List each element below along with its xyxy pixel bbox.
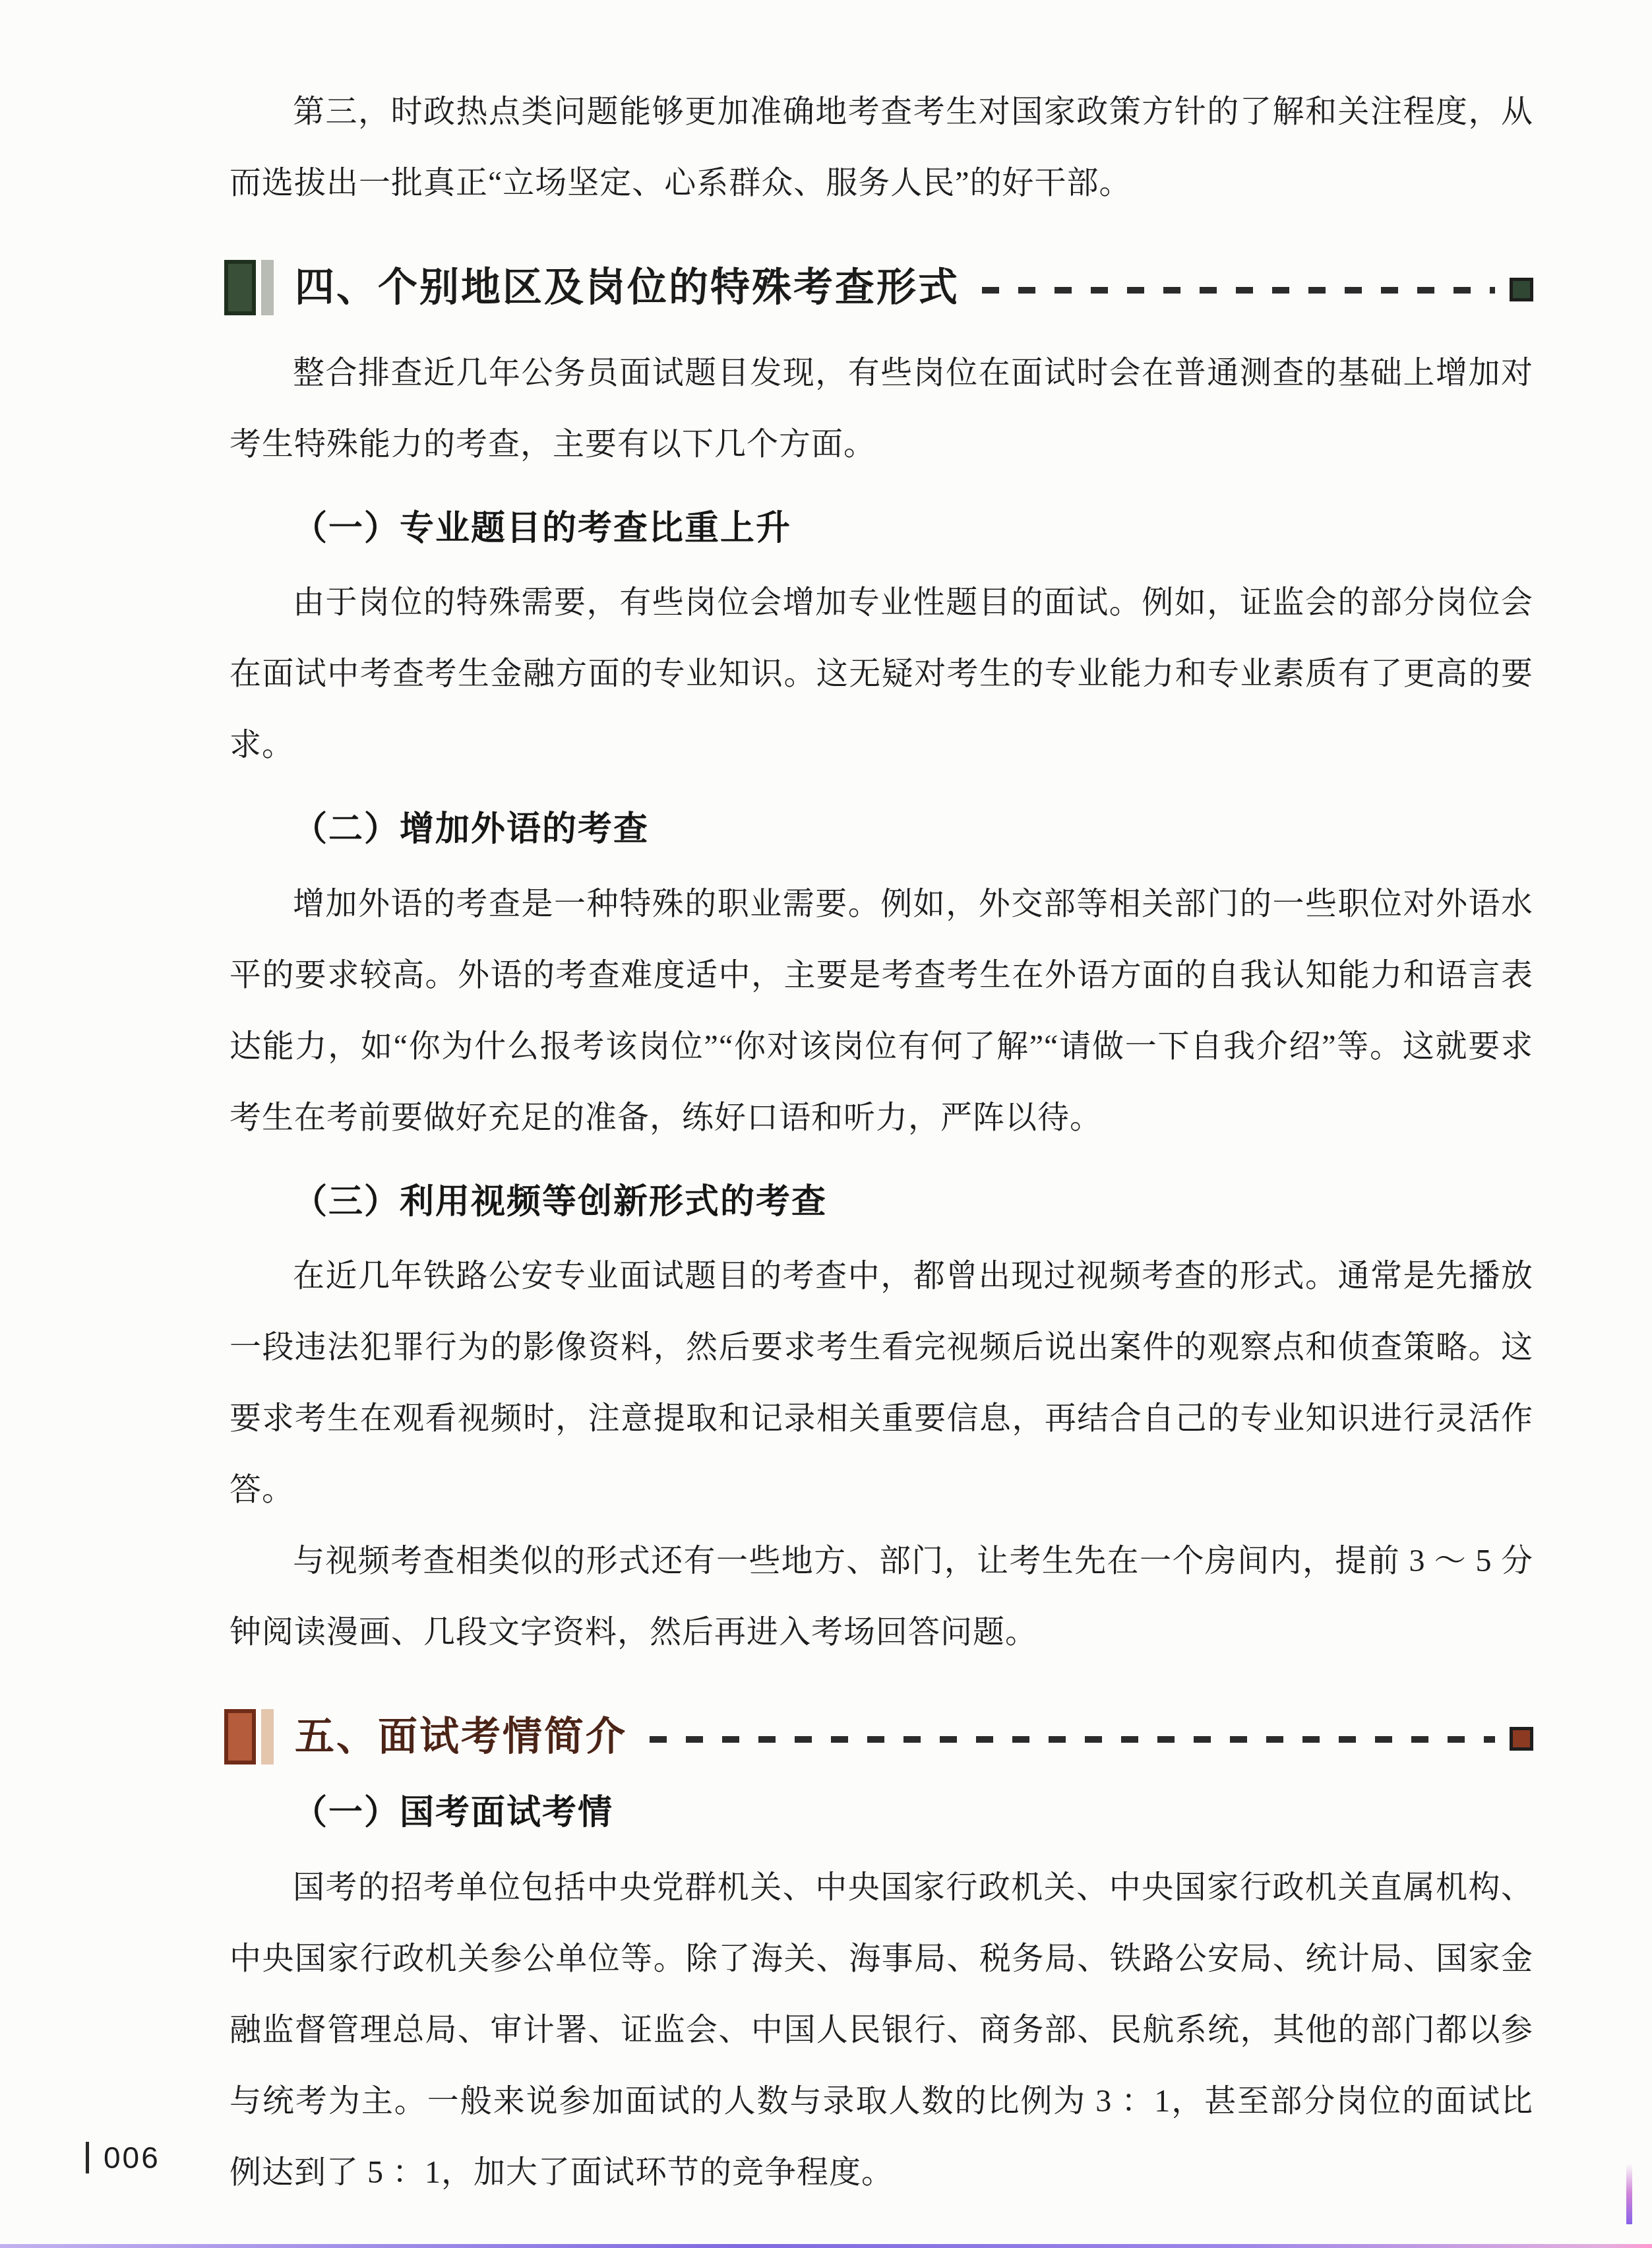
section5-title: 五、面试考情简介	[295, 1717, 627, 1757]
section4-dash-end-square-icon	[1510, 278, 1533, 301]
intro-paragraph: 第三，时政热点类问题能够更加准确地考查考生对国家政策方针的了解和关注程度，从而选…	[229, 77, 1533, 219]
subsection-5-1-paragraph: 国考的招考单位包括中央党群机关、中央国家行政机关、中央国家行政机关直属机构、中央…	[229, 1852, 1533, 2208]
section4-title: 四、个别地区及岗位的特殊考查形式	[295, 268, 960, 307]
page-number: 006	[104, 2140, 160, 2175]
subsection-4-2-paragraph: 增加外语的考查是一种特殊的职业需要。例如，外交部等相关部门的一些职位对外语水平的…	[229, 869, 1533, 1154]
section5-bullet-icon	[224, 1709, 256, 1764]
subsection-4-1-paragraph: 由于岗位的特殊需要，有些岗位会增加专业性题目的面试。例如，证监会的部分岗位会在面…	[229, 567, 1533, 781]
scan-artifact-bottom-edge	[0, 2244, 1652, 2248]
section5-dash-end-square-icon	[1510, 1727, 1533, 1751]
section4-intro-paragraph: 整合排查近几年公务员面试题目发现，有些岗位在面试时会在普通测查的基础上增加对考生…	[229, 338, 1533, 480]
page-content: 第三，时政热点类问题能够更加准确地考查考生对国家政策方针的了解和关注程度，从而选…	[229, 77, 1533, 2208]
subsection-4-3-paragraph-2: 与视频考查相类似的形式还有一些地方、部门，让考生先在一个房间内，提前 3 ～ 5…	[229, 1526, 1533, 1668]
footer-rule-icon	[86, 2142, 89, 2173]
subsection-4-1-heading: （一）专业题目的考查比重上升	[293, 508, 1533, 549]
section4-dashed-rule	[982, 287, 1495, 294]
subsection-5-1-heading: （一）国考面试考情	[293, 1792, 1533, 1833]
book-page: 第三，时政热点类问题能够更加准确地考查考生对国家政策方针的了解和关注程度，从而选…	[0, 0, 1652, 2248]
section4-bullet-shadow-icon	[261, 260, 274, 315]
section5-bullet-shadow-icon	[261, 1709, 274, 1764]
section5-dashed-rule	[650, 1736, 1495, 1743]
subsection-4-2-heading: （二）增加外语的考查	[293, 809, 1533, 850]
page-footer: 006	[86, 2140, 160, 2175]
scan-artifact-streak	[1626, 2164, 1632, 2224]
section4-bullet-icon	[224, 260, 256, 315]
section4-heading-row: 四、个别地区及岗位的特殊考查形式	[224, 260, 1533, 315]
subsection-4-3-paragraph-1: 在近几年铁路公安专业面试题目的考查中，都曾出现过视频考查的形式。通常是先播放一段…	[229, 1241, 1533, 1526]
subsection-4-3-heading: （三）利用视频等创新形式的考查	[293, 1181, 1533, 1222]
section5-heading-row: 五、面试考情简介	[224, 1709, 1533, 1764]
